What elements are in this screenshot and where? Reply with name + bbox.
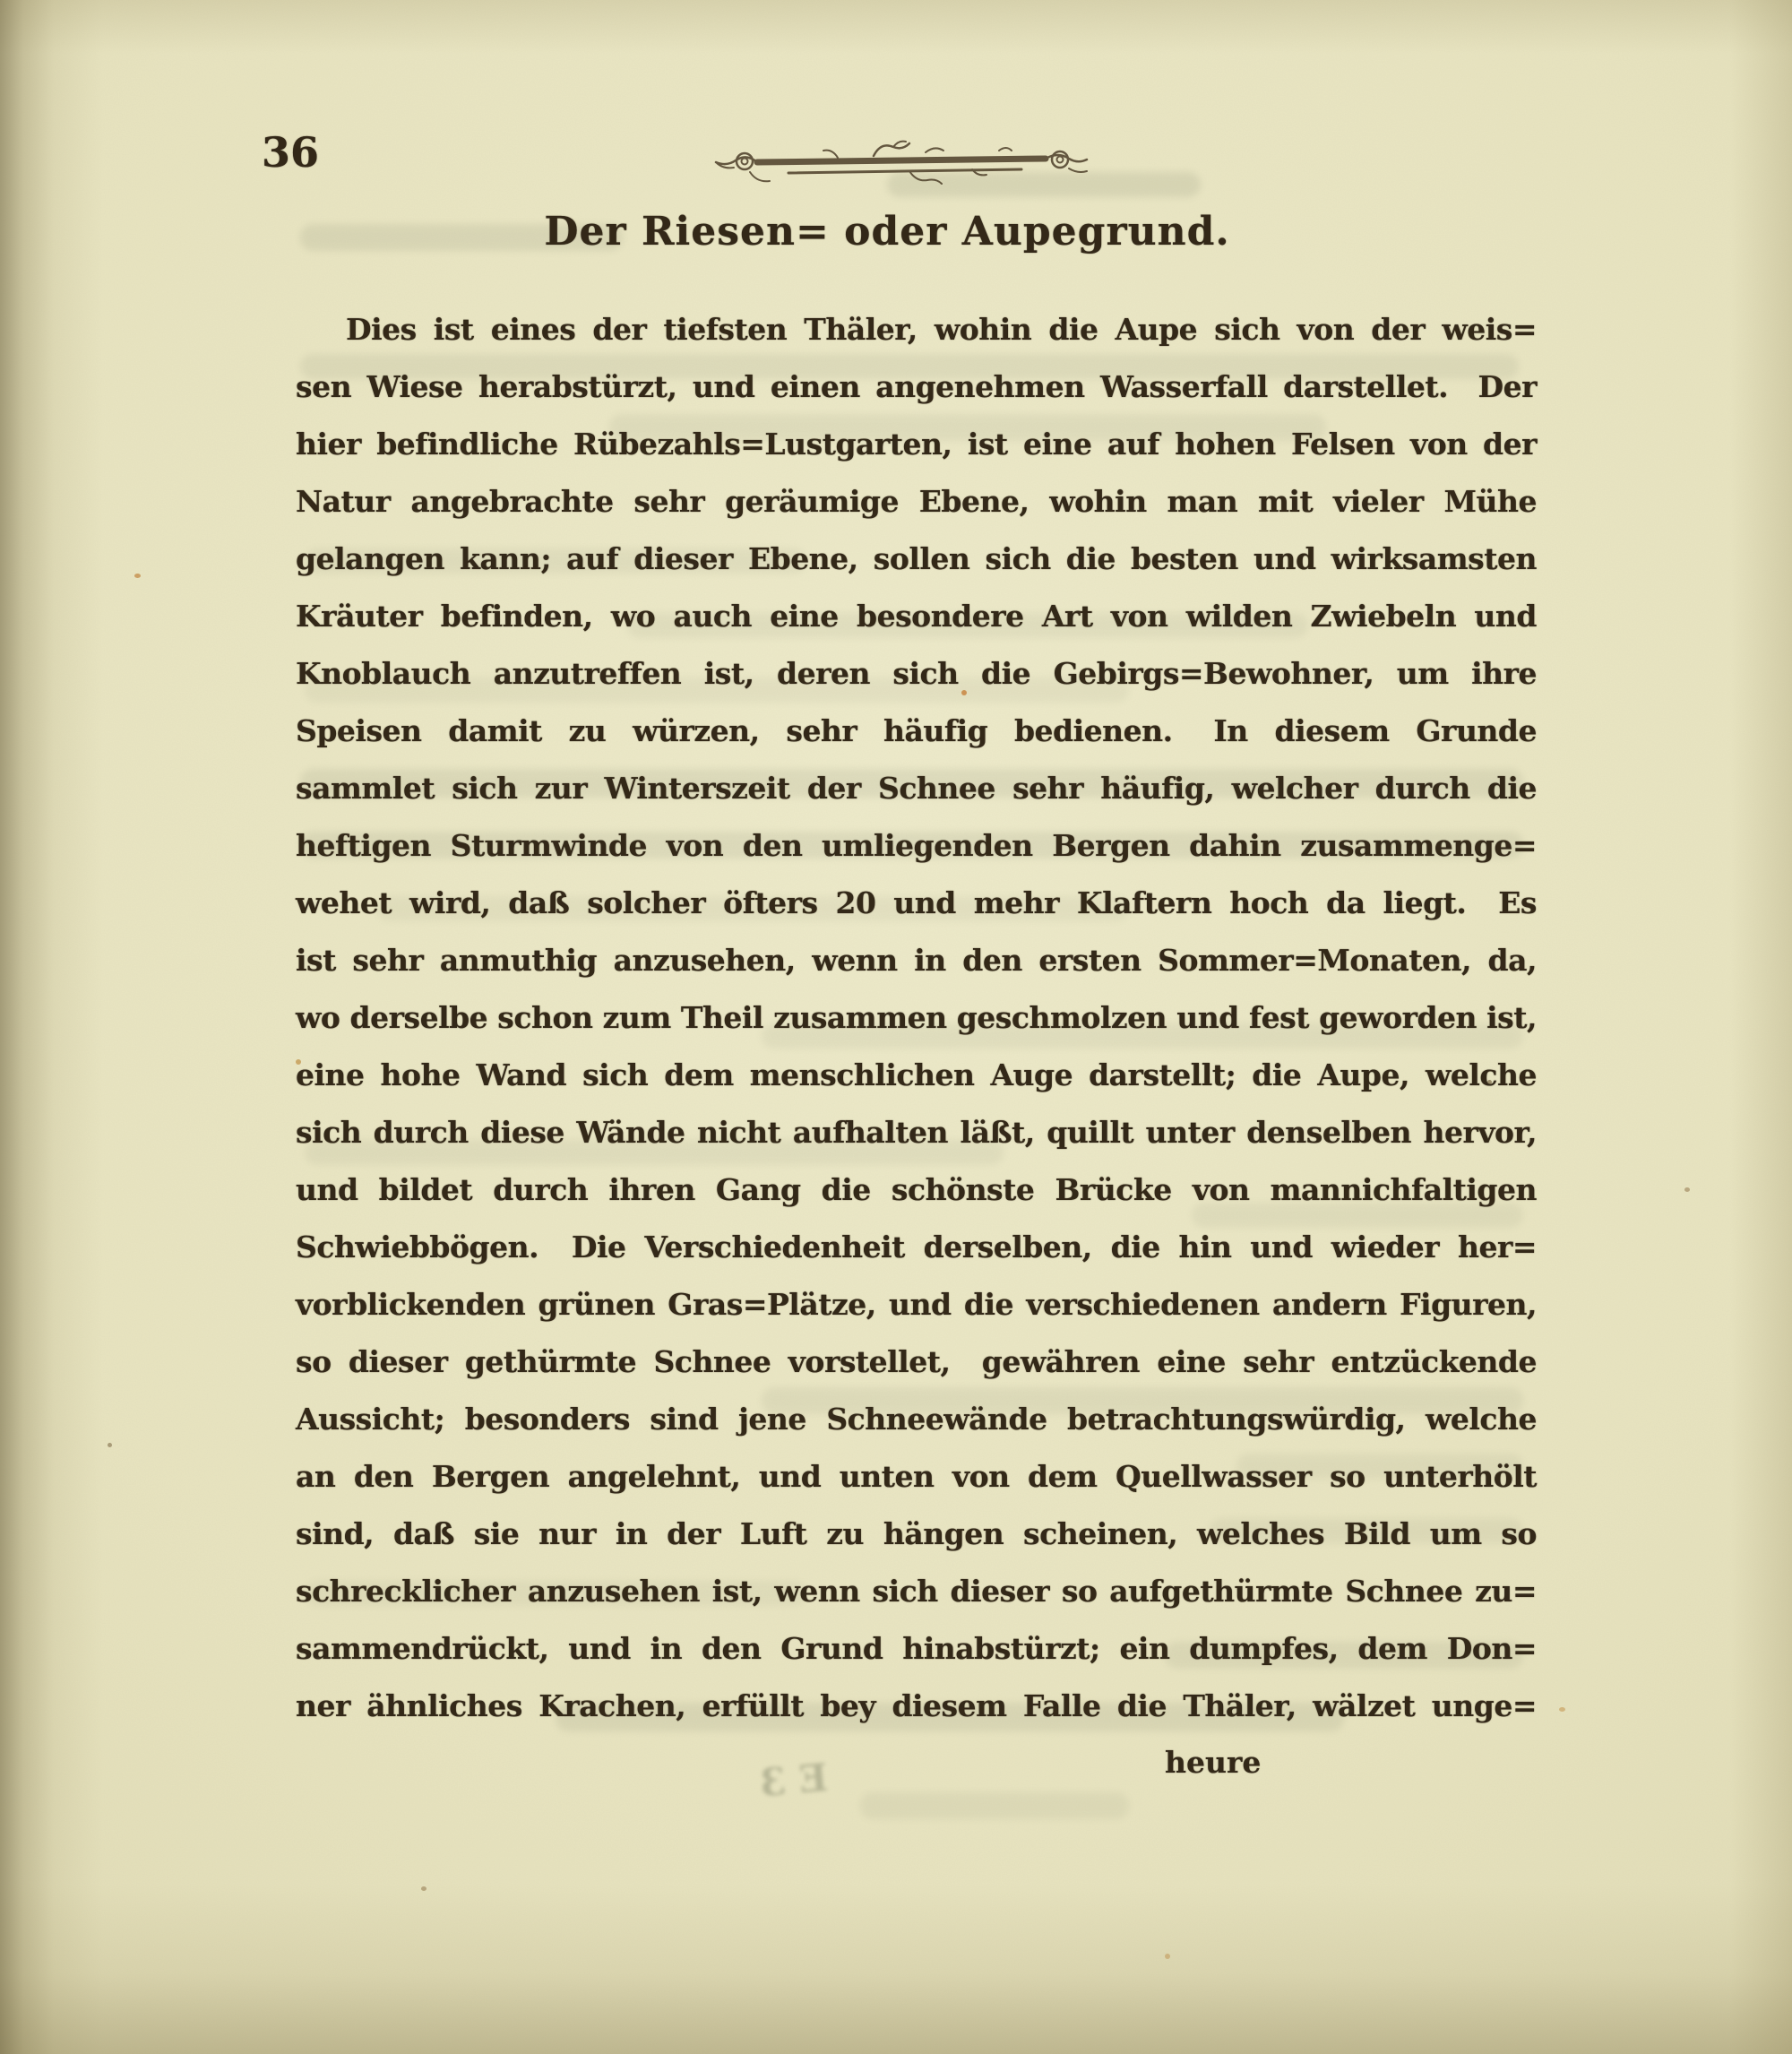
- body-text: Dies ist eines der tiefsten Thäler, wohi…: [296, 301, 1537, 1735]
- page-number: 36: [262, 128, 319, 177]
- text-line: schrecklicher anzusehen ist, wenn sich d…: [296, 1563, 1537, 1620]
- book-page: 36 Der Riesen= oder Aupegrund. Dies ist …: [0, 0, 1792, 2054]
- catchword: heure: [1165, 1740, 1272, 1785]
- text-line: gelangen kann; auf dieser Ebene, sollen …: [296, 531, 1537, 588]
- show-through-band: [860, 1792, 1129, 1819]
- text-line: sammendrückt, und in den Grund hinabstür…: [296, 1620, 1537, 1678]
- text-line: wo derselbe schon zum Theil zusammen ges…: [296, 989, 1537, 1047]
- text-line: hier befindliche Rübezahls=Lustgarten, i…: [296, 416, 1537, 473]
- text-line: Natur angebrachte sehr geräumige Ebene, …: [296, 473, 1537, 531]
- text-line: Schwiebbögen. Die Verschiedenheit dersel…: [296, 1219, 1537, 1276]
- paper-speck: [1559, 1707, 1565, 1712]
- paper-speck: [134, 574, 141, 578]
- text-line: sind, daß sie nur in der Luft zu hängen …: [296, 1506, 1537, 1563]
- text-line: ist sehr anmuthig anzusehen, wenn in den…: [296, 932, 1537, 989]
- text-line: Dies ist eines der tiefsten Thäler, wohi…: [296, 301, 1537, 358]
- text-line: an den Bergen angelehnt, und unten von d…: [296, 1448, 1537, 1506]
- text-line: eine hohe Wand sich dem menschlichen Aug…: [296, 1047, 1537, 1104]
- text-line: Speisen damit zu würzen, sehr häufig bed…: [296, 703, 1537, 760]
- text-line: so dieser gethürmte Schnee vorstellet, g…: [296, 1333, 1537, 1391]
- paper-speck: [1165, 1954, 1170, 1959]
- text-line: Aussicht; besonders sind jene Schneewänd…: [296, 1391, 1537, 1448]
- signature-mark-show-through: E 3: [758, 1756, 830, 1805]
- text-line: Knoblauch anzutreffen ist, deren sich di…: [296, 645, 1537, 703]
- text-line: und bildet durch ihren Gang die schönste…: [296, 1161, 1537, 1219]
- text-line: ner ähnliches Krachen, erfüllt bey diese…: [296, 1678, 1537, 1735]
- text-line: heftigen Sturmwinde von den umliegenden …: [296, 817, 1537, 875]
- text-line: Kräuter befinden, wo auch eine besondere…: [296, 588, 1537, 645]
- paper-speck: [108, 1443, 112, 1447]
- paper-speck: [1684, 1187, 1690, 1192]
- text-line: vorblickenden grünen Gras=Plätze, und di…: [296, 1276, 1537, 1333]
- paper-speck: [421, 1886, 426, 1891]
- text-line: wehet wird, daß solcher öfters 20 und me…: [296, 875, 1537, 932]
- text-line: sen Wiese herabstürzt, und einen angeneh…: [296, 358, 1537, 416]
- chapter-heading: Der Riesen= oder Aupegrund.: [269, 209, 1505, 255]
- headpiece-ornament-icon: [703, 133, 1098, 197]
- text-line: sich durch diese Wände nicht aufhalten l…: [296, 1104, 1537, 1161]
- text-line: sammlet sich zur Winterszeit der Schnee …: [296, 760, 1537, 817]
